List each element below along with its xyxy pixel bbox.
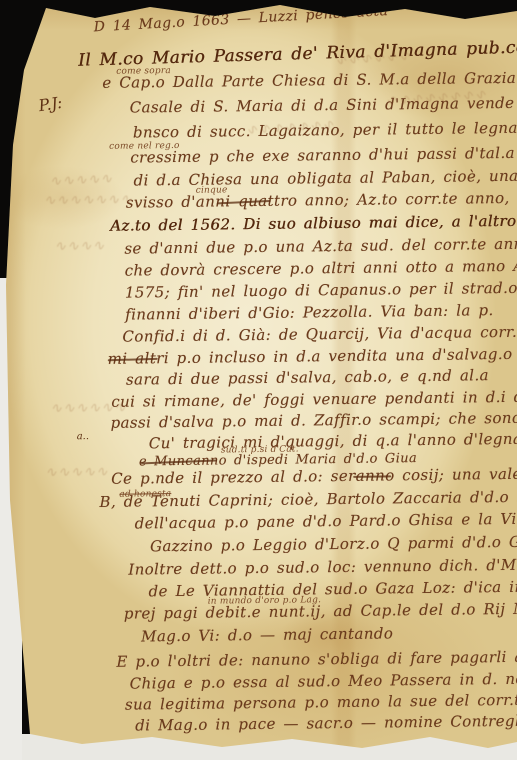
manuscript-line: 1575; fin' nel luogo di Capanus.o per il… <box>125 281 517 301</box>
manuscript-line: finanni d'iberi d'Gio: Pezzolla. Via ban… <box>125 303 494 323</box>
interlinear-note: in mundo d'oro p.o Lag. <box>208 596 322 606</box>
manuscript-line: cui si rimane, de' foggi venuare pendant… <box>111 390 517 410</box>
manuscript-line: Az.to del 1562. Di suo albiuso mai dice,… <box>110 213 517 234</box>
manuscript-line: de Le Viannattia del sud.o Gaza Loz: d'i… <box>148 579 517 599</box>
margin-note: P.J: <box>38 95 64 114</box>
interlinear-note: cinque <box>196 186 228 195</box>
manuscript-line: mi altri p.o incluso in d.a vendita una … <box>108 347 517 367</box>
bleedthrough-mark: ∿∿∿∿∿ <box>45 464 109 481</box>
manuscript-line: Confid.i di d. Già: de Quarcij, Via d'ac… <box>122 324 517 344</box>
manuscript-line: sara di due passi d'salva, cab.o, e q.nd… <box>126 368 489 387</box>
margin-note: a.. <box>77 432 89 442</box>
manuscript-line: Ce p.nde il prezzo al d.o: seranno cosij… <box>111 466 517 487</box>
manuscript-line: che dovrà crescere p.o altri anni otto a… <box>125 259 517 279</box>
manuscript-line: Chiga e p.o essa al sud.o Meo Passera in… <box>130 671 517 691</box>
interlinear-note: come sopra <box>116 67 171 77</box>
manuscript-line: se d'anni due p.o una Az.ta sud. del cor… <box>124 237 517 257</box>
bleedthrough-mark: ∿∿∿∿∿∿∿ <box>44 192 133 209</box>
manuscript-line: di d.a Chiesa una obligata al Paban, cio… <box>133 169 517 189</box>
interlinear-note: sud.ti p.si d'Cat. <box>221 446 299 456</box>
manuscript-line: Mag.o Vi: d.o — maj cantando <box>141 626 393 644</box>
bleedthrough-mark: ∿∿∿∿ <box>54 238 105 255</box>
date-line: D 14 Mag.o 1663 — Luzzi penes acta <box>93 4 388 34</box>
manuscript-line: sua legitima persona p.o mano la sue del… <box>125 692 517 712</box>
manuscript-line: Casale di S. Maria di d.a Sini d'Imagna … <box>130 96 515 116</box>
interlinear-note: come nel reg.o <box>109 142 180 152</box>
struck-note: ad honesta <box>119 490 171 500</box>
manuscript-line: E p.o l'oltri de: nanuno s'obliga di far… <box>116 649 517 669</box>
scan-background: ∿∿∿∿∿∿ ∿∿∿∿∿∿∿∿ ∿∿∿∿∿ ∿∿∿∿∿∿∿ ∿∿∿∿ ∿∿∿∿∿… <box>0 0 517 760</box>
manuscript-line: dell'acqua p.o pane d'd.o Pard.o Ghisa e… <box>135 512 517 532</box>
manuscript-line: cressime p che exe saranno d'hui passi d… <box>130 146 515 166</box>
manuscript-line: Inoltre dett.o p.o sud.o loc: vennuno di… <box>128 557 517 578</box>
manuscript-line: svisso d'anni quattro anno; Az.to corr.t… <box>126 190 517 210</box>
manuscript-line: Il M.co Mario Passera de' Riva d'Imagna … <box>78 37 517 70</box>
manuscript-line: Cu' tragici mi d'quaggi, di q.a l'anno d… <box>149 431 517 452</box>
manuscript-line: passi d'salva p.o mai d. Zaffir.o scampi… <box>110 411 517 431</box>
manuscript-line: Gazzino p.o Leggio d'Lorz.o Q parmi d'd.… <box>150 535 517 555</box>
manuscript-line: di Mag.o in pace — sacr.o — nomine Contr… <box>135 714 517 734</box>
manuscript-line: bnsco di succ. Lagaizano, per il tutto l… <box>133 121 517 141</box>
bleedthrough-mark: ∿∿∿∿∿ <box>49 171 113 190</box>
paper-sheet: ∿∿∿∿∿∿ ∿∿∿∿∿∿∿∿ ∿∿∿∿∿ ∿∿∿∿∿∿∿ ∿∿∿∿ ∿∿∿∿∿… <box>0 0 517 760</box>
handwriting-layer: ∿∿∿∿∿∿ ∿∿∿∿∿∿∿∿ ∿∿∿∿∿ ∿∿∿∿∿∿∿ ∿∿∿∿ ∿∿∿∿∿… <box>0 0 517 760</box>
